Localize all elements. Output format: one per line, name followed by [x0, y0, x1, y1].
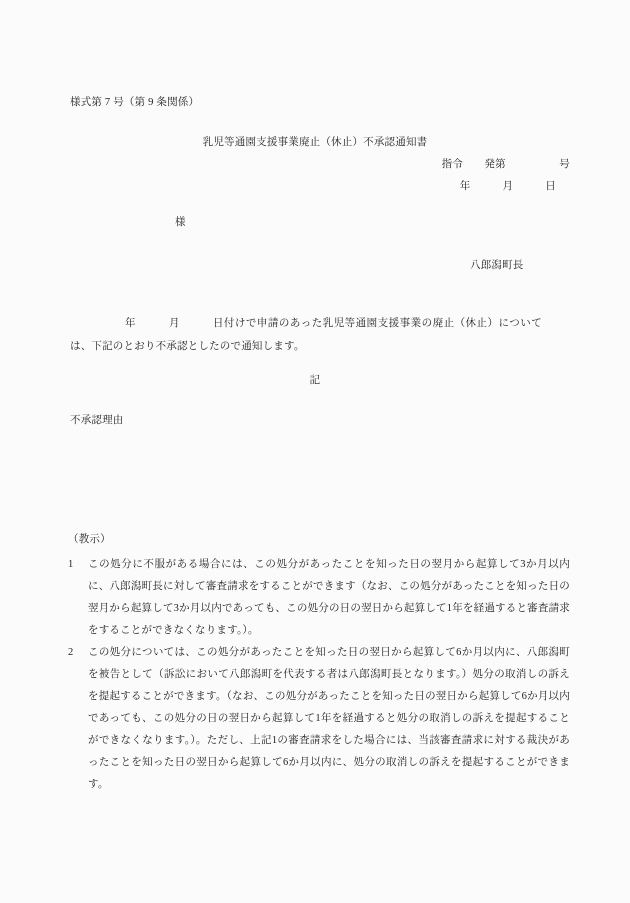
issue-date-line: 年 月 日: [460, 179, 556, 194]
form-number: 様式第 7 号（第 9 条関係）: [70, 95, 199, 110]
document-page: 様式第 7 号（第 9 条関係） 乳児等通園支援事業廃止（休止）不承認通知書 指…: [0, 0, 630, 903]
instructions-item-2-number: 2: [68, 642, 73, 664]
notification-body: 年 月 日付けで申請のあった乳児等通園支援事業の廃止（休止）については、下記のと…: [70, 312, 542, 358]
instructions-item-1-text: この処分に不服がある場合には、この処分があったことを知った日の翌月から起算して3…: [88, 559, 570, 636]
instructions-heading: （教示）: [68, 532, 111, 547]
addressee-honorific: 様: [175, 215, 186, 230]
instructions-item-2: 2 この処分については、この処分があったことを知った日の翌日から起算して6か月以…: [68, 642, 570, 796]
instructions-item-1: 1 この処分に不服がある場合には、この処分があったことを知った日の翌月から起算し…: [68, 554, 570, 642]
instructions-item-2-text: この処分については、この処分があったことを知った日の翌日から起算して6か月以内に…: [88, 647, 570, 790]
issuer-title: 八郎潟町長: [470, 258, 524, 273]
record-marker: 記: [0, 373, 630, 388]
directive-number-line: 指令 発第 号: [442, 157, 570, 172]
disapproval-reason-label: 不承認理由: [70, 413, 124, 428]
instructions-list: 1 この処分に不服がある場合には、この処分があったことを知った日の翌月から起算し…: [68, 554, 570, 796]
instructions-item-1-number: 1: [68, 554, 73, 576]
document-title: 乳児等通園支援事業廃止（休止）不承認通知書: [0, 135, 630, 150]
